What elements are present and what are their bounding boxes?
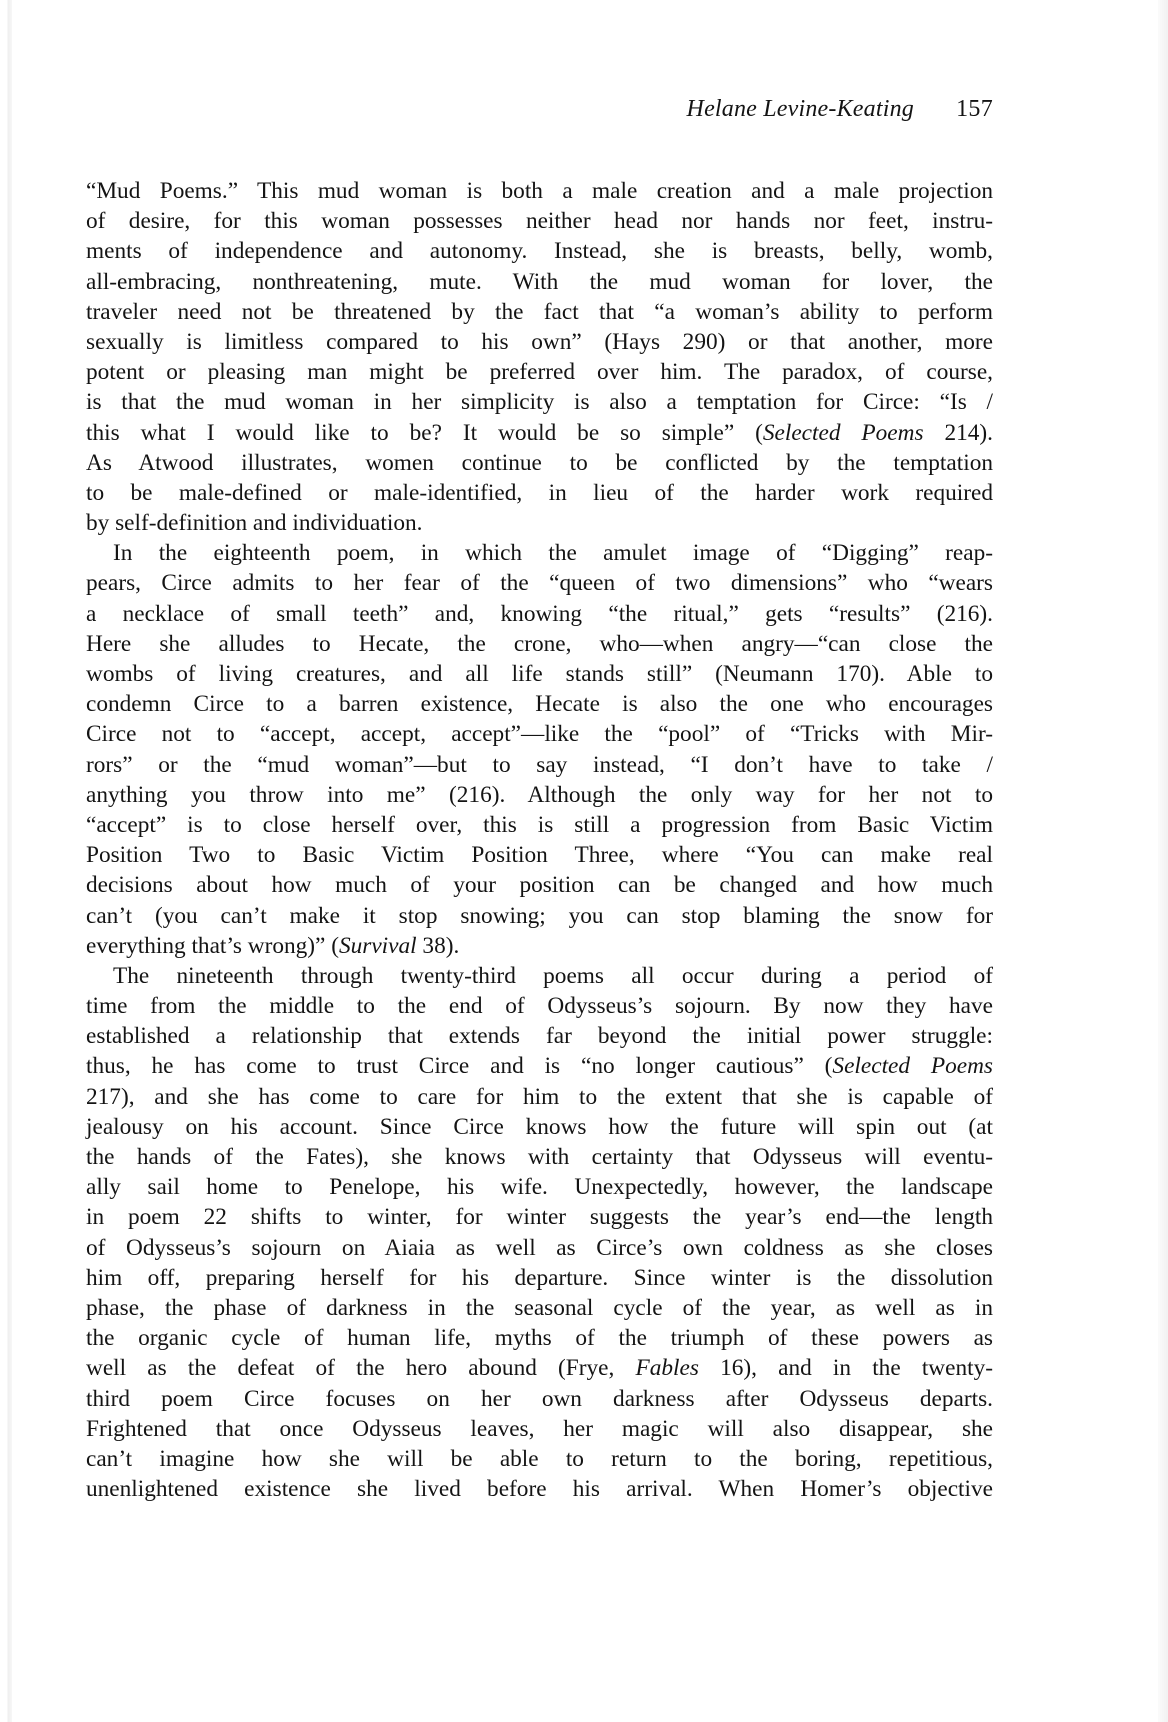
text-run: of desire, for this woman possesses neit… xyxy=(86,208,993,234)
text-line: well as the defeat of the hero abound (F… xyxy=(86,1353,993,1383)
text-run: jealousy on his account. Since Circe kno… xyxy=(86,1114,993,1140)
text-run: “Mud Poems.” This mud woman is both a ma… xyxy=(86,178,993,204)
paragraph: The nineteenth through twenty-third poem… xyxy=(86,961,993,1504)
text-run: third poem Circe focuses on her own dark… xyxy=(86,1386,993,1412)
text-run: anything you throw into me” (216). Altho… xyxy=(86,782,993,808)
text-run: 214). xyxy=(924,420,993,446)
text-run: phase, the phase of darkness in the seas… xyxy=(86,1295,993,1321)
text-line: “Mud Poems.” This mud woman is both a ma… xyxy=(86,176,993,206)
text-line: As Atwood illustrates, women continue to… xyxy=(86,448,993,478)
text-run: Here she alludes to Hecate, the crone, w… xyxy=(86,631,993,657)
text-run: him off, preparing herself for his depar… xyxy=(86,1265,993,1291)
text-run: a necklace of small teeth” and, knowing … xyxy=(86,601,993,627)
text-line: ally sail home to Penelope, his wife. Un… xyxy=(86,1172,993,1202)
text-line: In the eighteenth poem, in which the amu… xyxy=(86,538,993,568)
paragraph: In the eighteenth poem, in which the amu… xyxy=(86,538,993,961)
text-run: established a relationship that extends … xyxy=(86,1023,993,1049)
text-run: condemn Circe to a barren existence, Hec… xyxy=(86,691,993,717)
text-run: everything that’s wrong)” ( xyxy=(86,933,339,959)
text-line: rors” or the “mud woman”—but to say inst… xyxy=(86,750,993,780)
text-run: the organic cycle of human life, myths o… xyxy=(86,1325,993,1351)
text-line: a necklace of small teeth” and, knowing … xyxy=(86,599,993,629)
text-run: rors” or the “mud woman”—but to say inst… xyxy=(86,752,993,778)
text-line: traveler need not be threatened by the f… xyxy=(86,297,993,327)
text-line: “accept” is to close herself over, this … xyxy=(86,810,993,840)
text-run: ments of independence and autonomy. Inst… xyxy=(86,238,993,264)
running-head-author: Helane Levine-Keating xyxy=(687,92,914,126)
text-run: well as the defeat of the hero abound (F… xyxy=(86,1355,635,1381)
text-line: thus, he has come to trust Circe and is … xyxy=(86,1051,993,1081)
text-line: can’t imagine how she will be able to re… xyxy=(86,1444,993,1474)
text-run: Circe not to “accept, accept, accept”—li… xyxy=(86,721,993,747)
text-run: time from the middle to the end of Odyss… xyxy=(86,993,993,1019)
text-run: can’t (you can’t make it stop snowing; y… xyxy=(86,903,993,929)
page-edge-right xyxy=(1158,0,1168,1722)
text-line: Frightened that once Odysseus leaves, he… xyxy=(86,1414,993,1444)
text-run: the hands of the Fates), she knows with … xyxy=(86,1144,993,1170)
text-line: pears, Circe admits to her fear of the “… xyxy=(86,568,993,598)
text-line: everything that’s wrong)” (Survival 38). xyxy=(86,931,993,961)
text-line: in poem 22 shifts to winter, for winter … xyxy=(86,1202,993,1232)
text-run: by self-definition and individuation. xyxy=(86,510,422,536)
text-line: 217), and she has come to care for him t… xyxy=(86,1082,993,1112)
text-run: in poem 22 shifts to winter, for winter … xyxy=(86,1204,993,1230)
text-run: of Odysseus’s sojourn on Aiaia as well a… xyxy=(86,1235,993,1261)
text-run: “accept” is to close herself over, this … xyxy=(86,812,993,838)
text-line: Position Two to Basic Victim Position Th… xyxy=(86,840,993,870)
text-run: is that the mud woman in her simplicity … xyxy=(86,389,993,415)
italic-title: Selected Poems xyxy=(763,420,924,446)
text-line: phase, the phase of darkness in the seas… xyxy=(86,1293,993,1323)
italic-title: Survival xyxy=(339,933,417,959)
text-line: ments of independence and autonomy. Inst… xyxy=(86,236,993,266)
text-line: is that the mud woman in her simplicity … xyxy=(86,387,993,417)
text-run: 217), and she has come to care for him t… xyxy=(86,1084,993,1110)
text-line: The nineteenth through twenty-third poem… xyxy=(86,961,993,991)
text-line: by self-definition and individuation. xyxy=(86,508,993,538)
text-line: condemn Circe to a barren existence, Hec… xyxy=(86,689,993,719)
text-run: thus, he has come to trust Circe and is … xyxy=(86,1053,832,1079)
text-line: wombs of living creatures, and all life … xyxy=(86,659,993,689)
text-run: this what I would like to be? It would b… xyxy=(86,420,763,446)
text-line: him off, preparing herself for his depar… xyxy=(86,1263,993,1293)
text-run: 38). xyxy=(417,933,460,959)
text-line: to be male-defined or male-identified, i… xyxy=(86,478,993,508)
text-run: ally sail home to Penelope, his wife. Un… xyxy=(86,1174,993,1200)
text-line: unenlightened existence she lived before… xyxy=(86,1474,993,1504)
text-line: sexually is limitless compared to his ow… xyxy=(86,327,993,357)
text-line: of Odysseus’s sojourn on Aiaia as well a… xyxy=(86,1233,993,1263)
text-run: to be male-defined or male-identified, i… xyxy=(86,480,993,506)
text-line: jealousy on his account. Since Circe kno… xyxy=(86,1112,993,1142)
text-line: the hands of the Fates), she knows with … xyxy=(86,1142,993,1172)
text-run: As Atwood illustrates, women continue to… xyxy=(86,450,993,476)
text-run: In the eighteenth poem, in which the amu… xyxy=(113,540,993,566)
text-line: time from the middle to the end of Odyss… xyxy=(86,991,993,1021)
page-number: 157 xyxy=(956,92,993,126)
text-run: The nineteenth through twenty-third poem… xyxy=(113,963,993,989)
body-text: “Mud Poems.” This mud woman is both a ma… xyxy=(86,176,993,1504)
running-head: Helane Levine-Keating 157 xyxy=(0,92,993,126)
text-line: all-embracing, nonthreatening, mute. Wit… xyxy=(86,267,993,297)
text-run: traveler need not be threatened by the f… xyxy=(86,299,993,325)
text-run: sexually is limitless compared to his ow… xyxy=(86,329,993,355)
text-run: decisions about how much of your positio… xyxy=(86,872,993,898)
text-run: pears, Circe admits to her fear of the “… xyxy=(86,570,993,596)
italic-title: Fables xyxy=(635,1355,698,1381)
text-line: this what I would like to be? It would b… xyxy=(86,418,993,448)
text-line: Here she alludes to Hecate, the crone, w… xyxy=(86,629,993,659)
text-run: unenlightened existence she lived before… xyxy=(86,1476,993,1502)
text-line: of desire, for this woman possesses neit… xyxy=(86,206,993,236)
text-line: can’t (you can’t make it stop snowing; y… xyxy=(86,901,993,931)
text-line: potent or pleasing man might be preferre… xyxy=(86,357,993,387)
text-run: Position Two to Basic Victim Position Th… xyxy=(86,842,993,868)
italic-title: Selected Poems xyxy=(832,1053,993,1079)
text-run: Frightened that once Odysseus leaves, he… xyxy=(86,1416,993,1442)
text-run: wombs of living creatures, and all life … xyxy=(86,661,993,687)
text-line: decisions about how much of your positio… xyxy=(86,870,993,900)
page-edge-left xyxy=(0,0,12,1722)
paragraph: “Mud Poems.” This mud woman is both a ma… xyxy=(86,176,993,538)
text-line: established a relationship that extends … xyxy=(86,1021,993,1051)
text-run: potent or pleasing man might be preferre… xyxy=(86,359,993,385)
text-run: can’t imagine how she will be able to re… xyxy=(86,1446,993,1472)
text-run: all-embracing, nonthreatening, mute. Wit… xyxy=(86,269,993,295)
text-line: third poem Circe focuses on her own dark… xyxy=(86,1384,993,1414)
text-line: anything you throw into me” (216). Altho… xyxy=(86,780,993,810)
text-line: the organic cycle of human life, myths o… xyxy=(86,1323,993,1353)
text-line: Circe not to “accept, accept, accept”—li… xyxy=(86,719,993,749)
text-run: 16), and in the twenty- xyxy=(699,1355,993,1381)
